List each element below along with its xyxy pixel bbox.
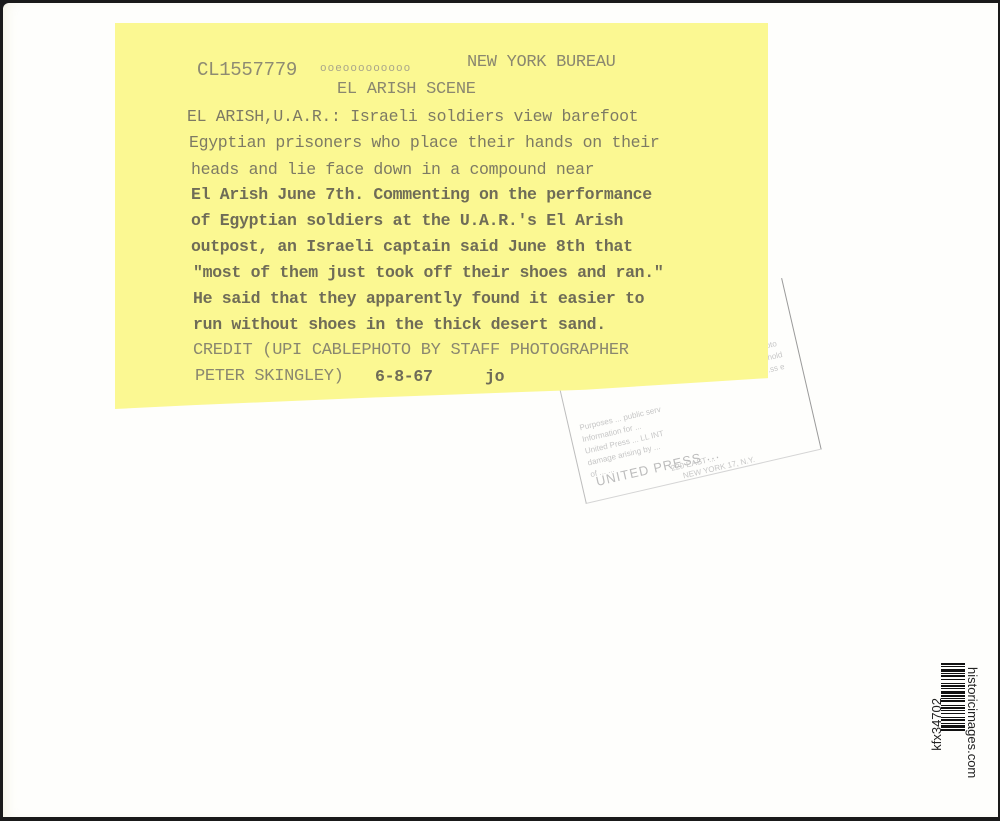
caption-slip: CL1557779 ooeooooooooo NEW YORK BUREAU E… (115, 23, 768, 409)
caption-line: Egyptian prisoners who place their hands… (189, 133, 659, 152)
caption-line: EL ARISH,U.A.R.: Israeli soldiers view b… (187, 107, 638, 126)
caption-line: of Egyptian soldiers at the U.A.R.'s El … (191, 211, 623, 230)
caption-line: "most of them just took off their shoes … (193, 263, 663, 282)
photographer-name: PETER SKINGLEY) (195, 367, 344, 386)
caption-line: heads and lie face down in a compound ne… (191, 160, 594, 179)
dot-leader: ooeooooooooo (320, 63, 411, 75)
caption-date: 6-8-67 (375, 367, 433, 386)
initials: jo (485, 367, 504, 386)
photo-id: CL1557779 (197, 59, 297, 81)
watermark-site: historicimages.com (965, 667, 980, 778)
watermark-code: kfx34702 (929, 698, 944, 751)
headline: EL ARISH SCENE (337, 80, 476, 99)
caption-line: El Arish June 7th. Commenting on the per… (191, 185, 652, 204)
credit-line: CREDIT (UPI CABLEPHOTO BY STAFF PHOTOGRA… (193, 341, 629, 360)
caption-line: outpost, an Israeli captain said June 8t… (191, 237, 633, 256)
barcode (941, 663, 965, 785)
bureau: NEW YORK BUREAU (467, 53, 616, 72)
caption-line: He said that they apparently found it ea… (193, 289, 644, 308)
caption-line: run without shoes in the thick desert sa… (193, 315, 606, 334)
photo-back-paper: 10 ... ... a ... photo to hold ...ss e P… (3, 3, 998, 817)
